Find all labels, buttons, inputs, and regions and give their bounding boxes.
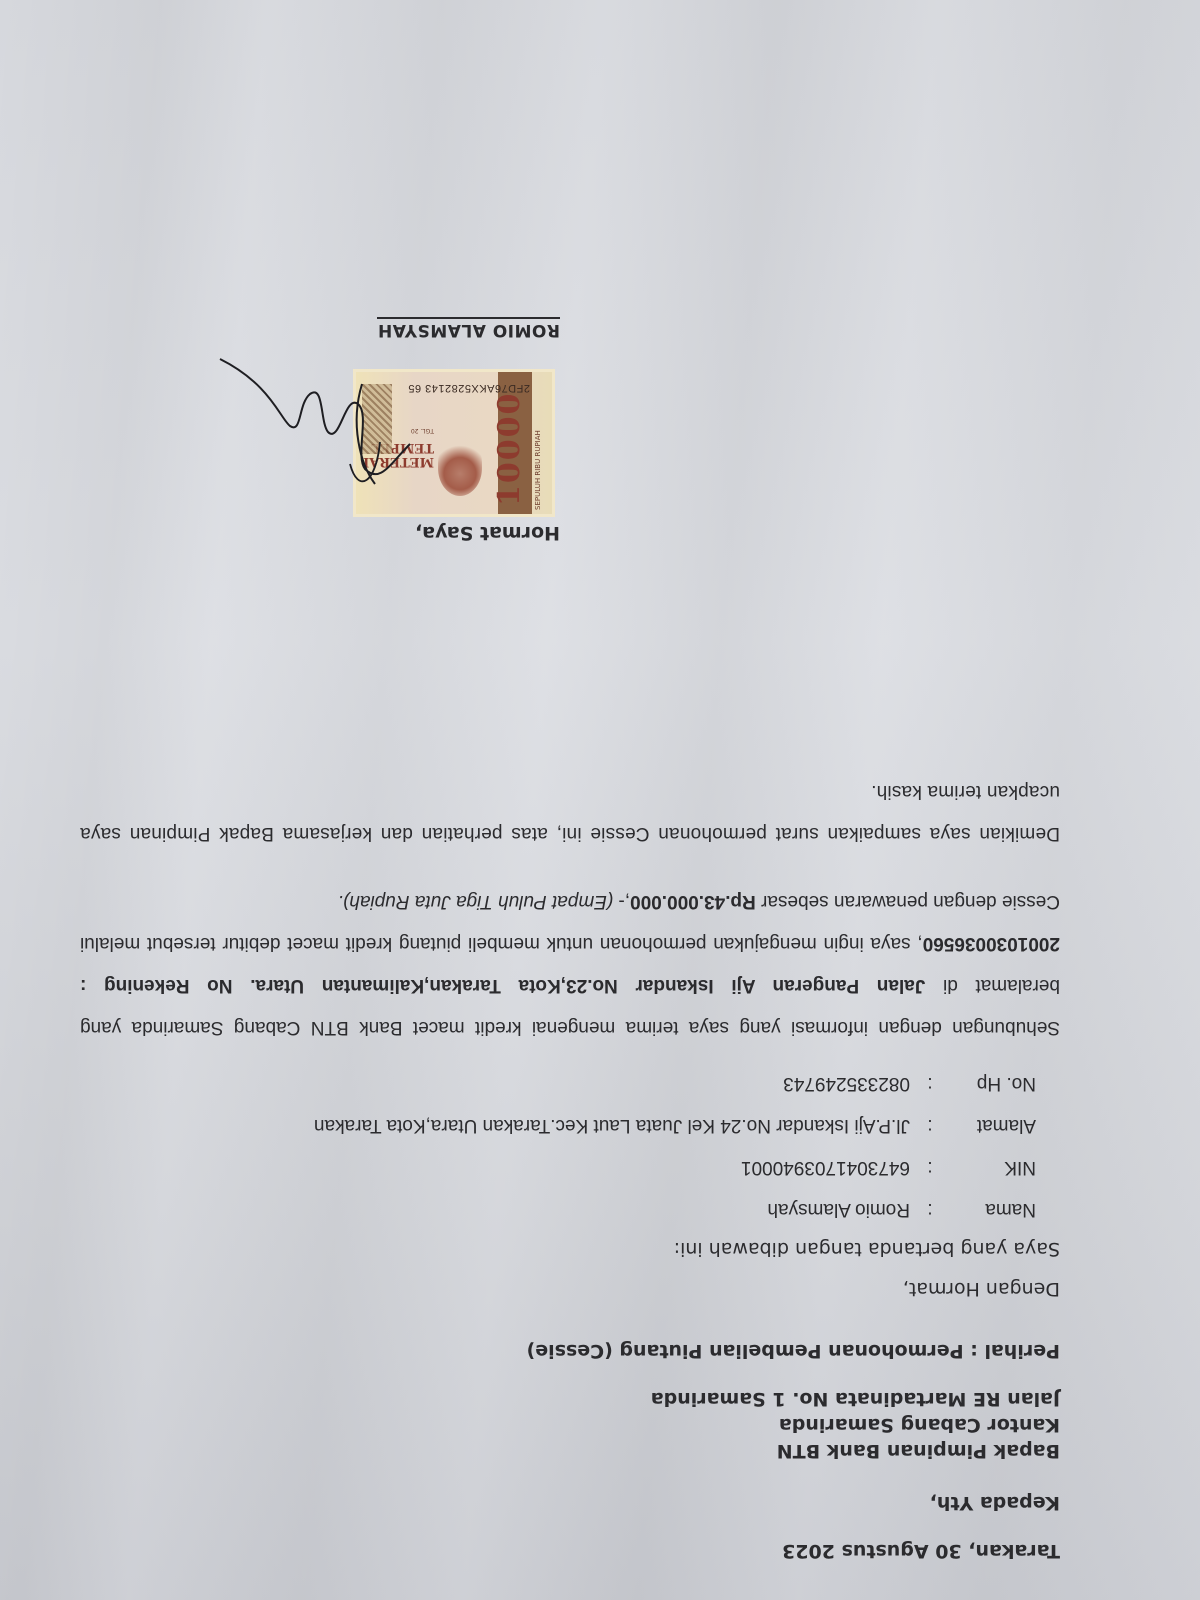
handwritten-signature-icon xyxy=(200,354,420,504)
addressee-line: Kantor Cabang Samarinda xyxy=(80,1412,1060,1438)
identity-row: Nama : Romio Alamsyah xyxy=(314,1180,1036,1222)
salutation-to: Kepada Yth, xyxy=(80,1490,1060,1516)
identity-key: NIK xyxy=(950,1138,1036,1180)
identity-key: Alamat xyxy=(950,1096,1036,1138)
identity-value: Jl.P.Aji Iskandar No.24 Kel Juata Laut K… xyxy=(314,1096,910,1138)
identity-value: Romio Alamsyah xyxy=(314,1180,910,1222)
signer-name: ROMIO ALAMSYAH xyxy=(377,317,560,340)
identity-key: Nama xyxy=(950,1180,1036,1222)
offer-amount-words: (Empat Puluh Tiga Juta Rupiah). xyxy=(338,891,613,912)
subject-text: Permohonan Pembelian Piutang (Cessie) xyxy=(527,1340,964,1362)
subject-label: Perihal xyxy=(984,1340,1060,1362)
stamp-serial: 2FD76AKX5282143 65 xyxy=(408,382,530,394)
sign-off: Hormat Saya, xyxy=(415,522,560,544)
greeting: Dengan Hormat, xyxy=(80,1276,1060,1302)
signature-area: Hormat Saya, SEPULUH RIBU RUPIAH 10000 M… xyxy=(200,284,560,544)
identity-sep: : xyxy=(910,1138,950,1180)
subject-line: Perihal : Permohonan Pembelian Piutang (… xyxy=(80,1338,1060,1364)
identity-sep: : xyxy=(910,1054,950,1096)
identity-row: NIK : 6473041703940001 xyxy=(314,1138,1036,1180)
intro-text: Saya yang bertanda tangan dibawah ini: xyxy=(80,1236,1060,1262)
closing-paragraph: Demikian saya sampaikan surat permohonan… xyxy=(80,770,1060,854)
letter-sheet: Tarakan, 30 Agustus 2023 Kepada Yth, Bap… xyxy=(0,0,1200,1600)
place-date: Tarakan, 30 Agustus 2023 xyxy=(80,1538,1060,1564)
identity-sep: : xyxy=(910,1096,950,1138)
identity-table: Nama : Romio Alamsyah NIK : 647304170394… xyxy=(314,1054,1036,1222)
addressee-line: Bapak Pimpinan Bank BTN xyxy=(80,1438,1060,1464)
stamp-side-text: SEPULUH RIBU RUPIAH xyxy=(534,430,542,510)
identity-key: No. Hp xyxy=(950,1054,1036,1096)
subject-separator: : xyxy=(964,1340,985,1362)
addressee-line: Jalan RE Martadinata No. 1 Samarinda xyxy=(80,1386,1060,1412)
identity-row: No. Hp : 082335249743 xyxy=(314,1054,1036,1096)
identity-sep: : xyxy=(910,1180,950,1222)
identity-value: 6473041703940001 xyxy=(314,1138,910,1180)
identity-row: Alamat : Jl.P.Aji Iskandar No.24 Kel Jua… xyxy=(314,1096,1036,1138)
body-paragraph: Sehubungan dengan informasi yang saya te… xyxy=(80,880,1060,1048)
offer-amount: Rp.43.000.000 xyxy=(630,891,756,912)
identity-value: 082335249743 xyxy=(314,1054,910,1096)
addressee-block: Bapak Pimpinan Bank BTN Kantor Cabang Sa… xyxy=(80,1386,1060,1464)
stamp-value: 10000 xyxy=(492,386,518,506)
garuda-emblem-icon xyxy=(438,440,482,496)
body-text: ,- xyxy=(613,891,630,912)
letter-content: Tarakan, 30 Agustus 2023 Kepada Yth, Bap… xyxy=(80,770,1060,1564)
